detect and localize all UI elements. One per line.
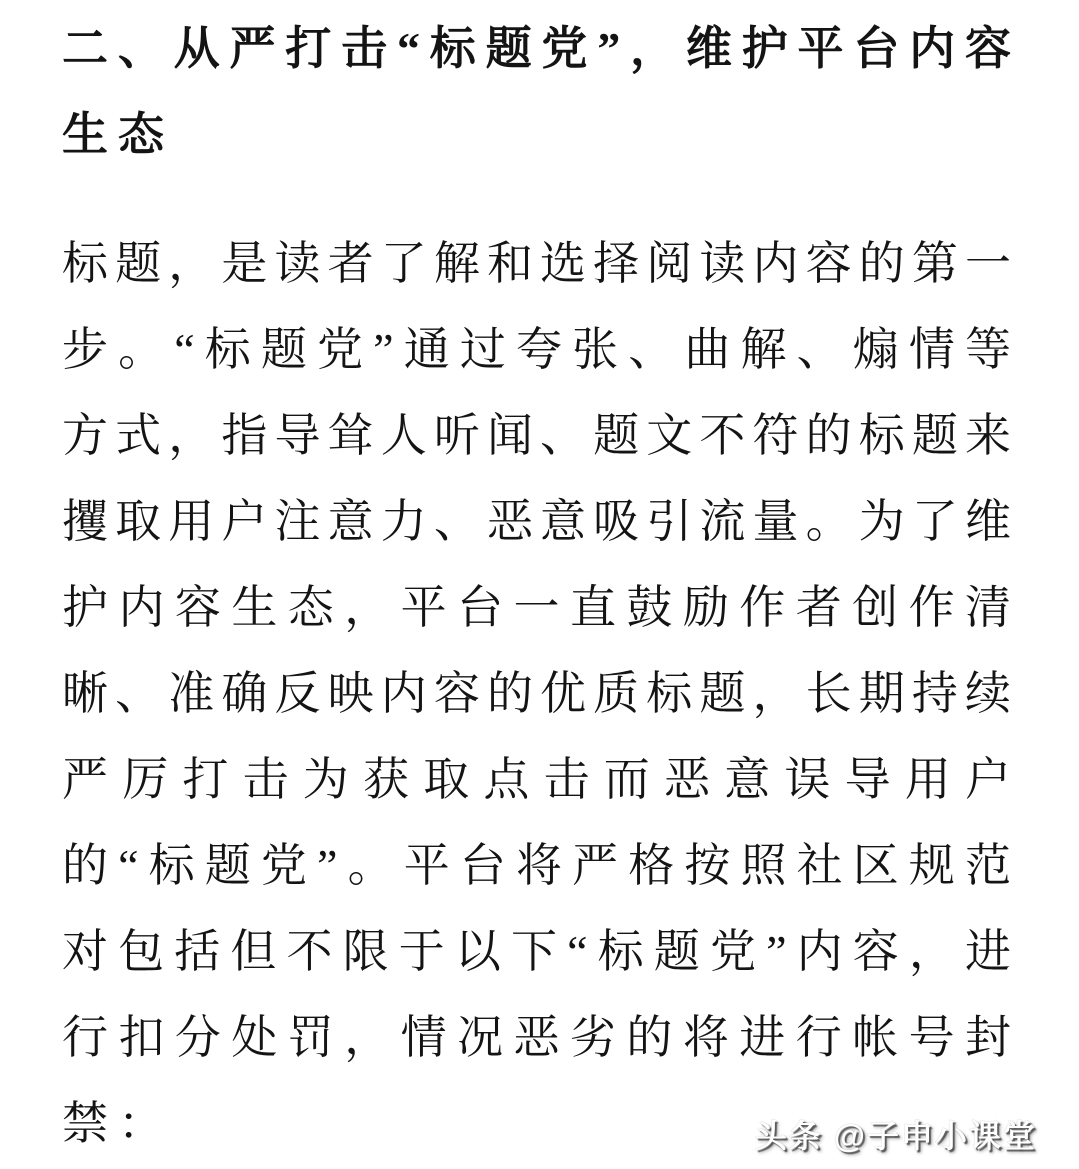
paragraph-line-3: 方式，指导耸人听闻、题文不符的标题来 bbox=[62, 393, 1013, 479]
article-text-block: 二、从严打击“标题党”，维护平台内容 生态 标题，是读者了解和选择阅读内容的第一… bbox=[0, 0, 1079, 1167]
heading-line-2: 生态 bbox=[62, 92, 1013, 178]
article-heading: 二、从严打击“标题党”，维护平台内容 生态 bbox=[62, 6, 1013, 178]
paragraph-line-6: 晰、准确反映内容的优质标题，长期持续 bbox=[62, 651, 1013, 737]
watermark-text: 头条 @子申小课堂 bbox=[755, 1118, 1037, 1154]
paragraph-line-8: 的“标题党”。平台将严格按照社区规范 bbox=[62, 823, 1013, 909]
paragraph-line-7: 严厉打击为获取点击而恶意误导用户 bbox=[62, 737, 1013, 823]
paragraph-line-1: 标题，是读者了解和选择阅读内容的第一 bbox=[62, 221, 1013, 307]
paragraph-line-5: 护内容生态，平台一直鼓励作者创作清 bbox=[62, 565, 1013, 651]
article-page: 二、从严打击“标题党”，维护平台内容 生态 标题，是读者了解和选择阅读内容的第一… bbox=[0, 0, 1079, 1169]
paragraph-line-9: 对包括但不限于以下“标题党”内容，进 bbox=[62, 909, 1013, 995]
heading-line-1: 二、从严打击“标题党”，维护平台内容 bbox=[62, 6, 1013, 92]
paragraph-line-2: 步。“标题党”通过夸张、曲解、煽情等 bbox=[62, 307, 1013, 393]
paragraph-line-10: 行扣分处罚，情况恶劣的将进行帐号封 bbox=[62, 995, 1013, 1081]
watermark: 头条 @子申小课堂 bbox=[755, 1111, 1037, 1157]
article-paragraph: 标题，是读者了解和选择阅读内容的第一 步。“标题党”通过夸张、曲解、煽情等 方式… bbox=[62, 221, 1013, 1167]
paragraph-line-4: 攫取用户注意力、恶意吸引流量。为了维 bbox=[62, 479, 1013, 565]
